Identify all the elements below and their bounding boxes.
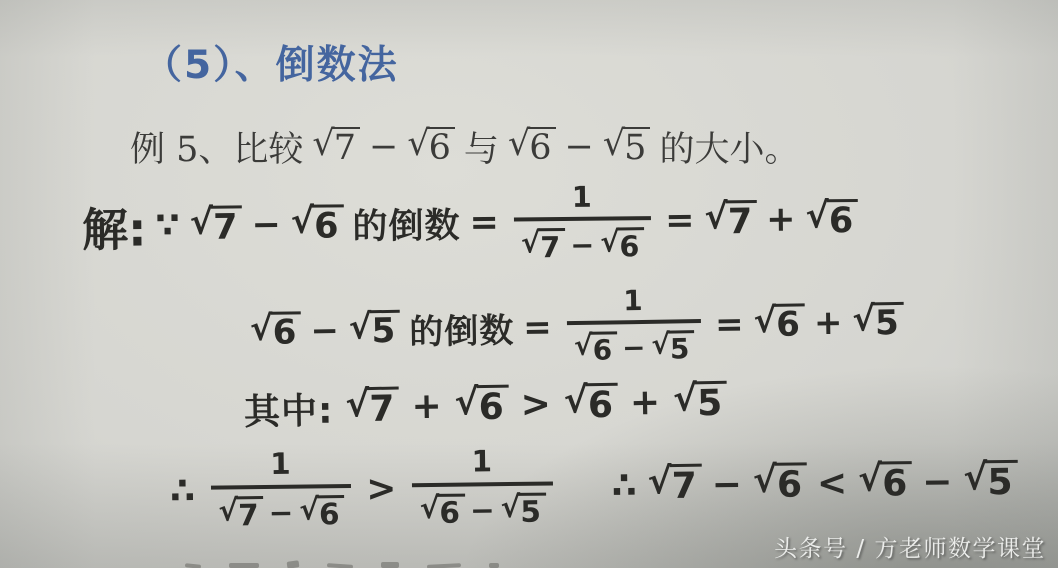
fraction-denominator: √7 − √6 bbox=[211, 483, 352, 531]
radicand: 5 bbox=[668, 330, 695, 364]
minus-sign: − bbox=[922, 461, 954, 502]
minus-sign: − bbox=[470, 493, 496, 527]
minus-sign: − bbox=[712, 464, 744, 505]
solution-line-4: ∴ 1 √7 − √6 > 1 √6 − √5 ∴ √7 − √6 < √6 −… bbox=[170, 441, 1018, 532]
radicand: 6 bbox=[270, 311, 301, 351]
minus-sign: − bbox=[622, 331, 647, 364]
plus-sign: + bbox=[411, 386, 443, 428]
radicand: 6 bbox=[827, 199, 859, 240]
radicand: 6 bbox=[617, 227, 644, 261]
sqrt-7: √7 bbox=[704, 200, 757, 241]
sqrt-7: √7 bbox=[190, 205, 243, 246]
equals-sign: = bbox=[665, 201, 696, 241]
among-which-word: 其中: bbox=[244, 383, 334, 436]
radicand: 7 bbox=[211, 205, 243, 246]
radicand: 6 bbox=[427, 127, 455, 167]
greater-than-sign: > bbox=[520, 384, 552, 426]
sqrt-6: √6 bbox=[508, 127, 556, 167]
sqrt-6: √6 bbox=[858, 461, 913, 503]
sqrt-6: √6 bbox=[291, 204, 344, 245]
minus-sign: − bbox=[369, 127, 398, 167]
photo-of-math-notes: （5）、倒数法 例 5、比较 √7 − √6 与 √6 − √5 的大小。 解:… bbox=[0, 0, 1058, 568]
sqrt-7: √7 bbox=[312, 127, 360, 167]
radicand: 7 bbox=[726, 200, 758, 241]
solution-line-2: √6 − √5 的倒数 = 1 √6 − √5 = √6 + √5 bbox=[249, 283, 904, 370]
radicand: 6 bbox=[774, 303, 805, 343]
fraction-numerator: 1 bbox=[471, 447, 493, 482]
plus-sign: + bbox=[814, 302, 844, 342]
radicand: 6 bbox=[880, 461, 913, 503]
watermark: 头条号 / 方老师数学课堂 bbox=[774, 530, 1046, 563]
fraction-numerator: 1 bbox=[270, 450, 292, 485]
fraction-one-over-sqrt7-minus-sqrt6: 1 √7 − √6 bbox=[211, 449, 352, 531]
radicand: 7 bbox=[669, 464, 702, 506]
radicand: 5 bbox=[518, 492, 546, 527]
sqrt-5: √5 bbox=[673, 380, 728, 423]
equals-sign: = bbox=[715, 304, 745, 344]
sqrt-5: √5 bbox=[963, 460, 1018, 502]
section-title: （5）、倒数法 bbox=[143, 34, 399, 90]
radicand: 6 bbox=[527, 127, 555, 167]
solution-line-1: 解: ∵ √7 − √6 的倒数 = 1 √7 − √6 = √7 + √6 bbox=[82, 180, 859, 267]
plus-sign: + bbox=[766, 200, 797, 240]
sqrt-6: √6 bbox=[250, 311, 302, 351]
cutoff-handwriting-strokes bbox=[185, 561, 499, 568]
minus-sign: − bbox=[310, 310, 340, 350]
minus-sign: − bbox=[251, 205, 282, 245]
sqrt-5: √5 bbox=[349, 309, 401, 349]
fraction-denominator: √6 − √5 bbox=[567, 319, 702, 365]
sqrt-5: √5 bbox=[651, 330, 695, 364]
fraction-one-over-sqrt6-minus-sqrt5: 1 √6 − √5 bbox=[412, 447, 553, 529]
sqrt-5: √5 bbox=[500, 492, 546, 528]
sqrt-6: √6 bbox=[753, 463, 808, 505]
plus-sign: + bbox=[630, 382, 662, 424]
radicand: 7 bbox=[332, 127, 360, 167]
sqrt-6: √6 bbox=[574, 331, 618, 365]
sqrt-5: √5 bbox=[603, 127, 651, 167]
reciprocal-word: 的倒数 bbox=[352, 199, 461, 250]
fraction-one-over-sqrt7-minus-sqrt6: 1 √7 − √6 bbox=[513, 182, 651, 262]
radicand: 6 bbox=[312, 204, 344, 245]
minus-sign: − bbox=[570, 227, 595, 261]
sqrt-6: √6 bbox=[407, 127, 455, 167]
sqrt-6: √6 bbox=[299, 495, 345, 531]
radicand: 7 bbox=[367, 386, 400, 428]
radicand: 5 bbox=[985, 460, 1018, 502]
radicand: 6 bbox=[317, 495, 345, 530]
sqrt-6: √6 bbox=[805, 199, 858, 240]
problem-conjunction: 与 bbox=[464, 122, 499, 172]
radicand: 5 bbox=[873, 302, 904, 342]
because-symbol: ∵ bbox=[155, 206, 181, 246]
reciprocal-word: 的倒数 bbox=[409, 303, 515, 354]
problem-label: 例 5、比较 bbox=[130, 122, 303, 172]
solution-label: 解: bbox=[82, 194, 147, 261]
fraction-one-over-sqrt6-minus-sqrt5: 1 √6 − √5 bbox=[566, 286, 702, 365]
radicand: 7 bbox=[538, 228, 565, 262]
fraction-denominator: √7 − √6 bbox=[514, 216, 652, 263]
sqrt-7: √7 bbox=[521, 228, 565, 263]
sqrt-7: √7 bbox=[345, 386, 400, 429]
fraction-numerator: 1 bbox=[623, 287, 644, 320]
therefore-symbol: ∴ bbox=[170, 471, 197, 512]
radicand: 6 bbox=[775, 463, 808, 505]
sqrt-5: √5 bbox=[852, 302, 904, 342]
equals-sign: = bbox=[523, 307, 553, 347]
radicand: 7 bbox=[236, 496, 264, 531]
fraction-denominator: √6 − √5 bbox=[412, 481, 553, 529]
sqrt-6: √6 bbox=[454, 384, 509, 427]
sqrt-6: √6 bbox=[600, 227, 644, 262]
fraction-numerator: 1 bbox=[572, 183, 593, 217]
problem-suffix: 的大小。 bbox=[659, 122, 799, 172]
sqrt-6: √6 bbox=[420, 493, 466, 529]
sqrt-7: √7 bbox=[647, 464, 702, 506]
radicand: 5 bbox=[369, 309, 400, 349]
radicand: 5 bbox=[622, 127, 650, 167]
sqrt-7: √7 bbox=[218, 496, 264, 532]
radicand: 6 bbox=[590, 331, 617, 365]
less-than-sign: < bbox=[817, 463, 849, 504]
minus-sign: − bbox=[268, 495, 294, 529]
radicand: 6 bbox=[586, 382, 619, 424]
solution-line-3: 其中: √7 + √6 > √6 + √5 bbox=[244, 376, 728, 435]
therefore-symbol: ∴ bbox=[611, 465, 638, 506]
radicand: 6 bbox=[476, 384, 509, 426]
sqrt-6: √6 bbox=[564, 382, 619, 425]
equals-sign: = bbox=[469, 203, 500, 243]
radicand: 6 bbox=[437, 493, 465, 528]
sqrt-6: √6 bbox=[753, 303, 805, 343]
radicand: 5 bbox=[695, 380, 728, 422]
minus-sign: − bbox=[565, 127, 594, 167]
greater-than-sign: > bbox=[366, 468, 398, 509]
problem-statement: 例 5、比较 √7 − √6 与 √6 − √5 的大小。 bbox=[130, 114, 799, 180]
